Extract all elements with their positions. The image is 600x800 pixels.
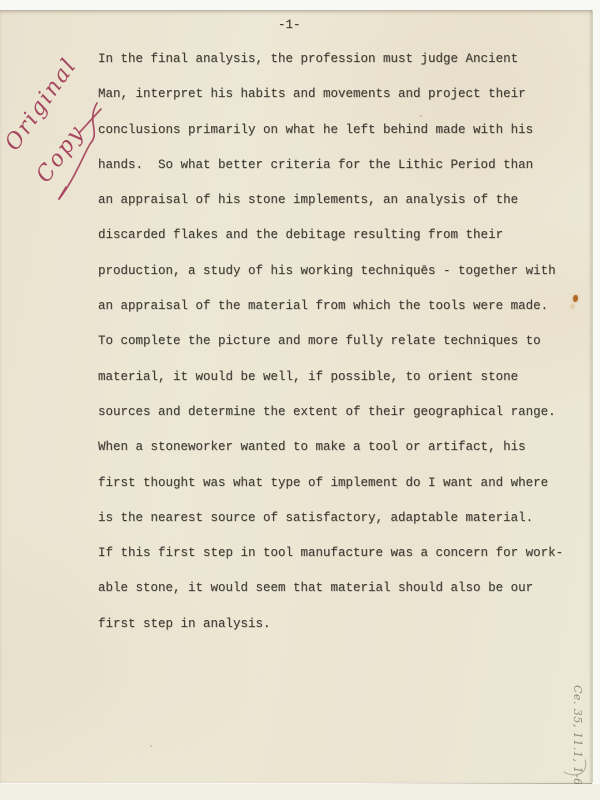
body-line: If this first step in tool manufacture w… [98,536,578,571]
paper-speck [420,115,422,117]
body-line: an appraisal of his stone implements, an… [98,183,578,218]
body-line: To complete the picture and more fully r… [98,324,578,359]
body-line: hands. So what better criteria for the L… [98,148,578,183]
typewritten-body: In the final analysis, the profession mu… [98,42,578,642]
body-line: material, it would be well, if possible,… [98,360,578,395]
body-line: production, a study of his working techn… [98,254,578,289]
paper-speck [505,268,507,270]
body-line: first thought was what type of implement… [98,466,578,501]
body-line: sources and determine the extent of thei… [98,395,578,430]
body-line: is the nearest source of satisfactory, a… [98,501,578,536]
catalog-number: Ce. 35, 11.1, 1-60 [570,685,584,785]
body-line: an appraisal of the material from which … [98,289,578,324]
document-page: -1- In the final analysis, the professio… [0,10,593,783]
body-line: In the final analysis, the profession mu… [98,42,578,77]
body-line: When a stoneworker wanted to make a tool… [98,430,578,465]
paper-speck [150,745,152,747]
body-line: Man, interpret his habits and movements … [98,77,578,112]
body-line: conclusions primarily on what he left be… [98,113,578,148]
handwriting-flourish-stroke [59,103,97,199]
body-line: able stone, it would seem that material … [98,571,578,606]
handwriting-copy-word: Copy [32,121,90,188]
page-number: -1- [278,18,301,32]
handwriting-original-word: Original [0,53,82,155]
underlying-page-edge [0,784,600,800]
body-line: first step in analysis. [98,607,578,642]
handwriting-arrow-tip [59,187,66,199]
body-line: discarded flakes and the debitage result… [98,218,578,253]
